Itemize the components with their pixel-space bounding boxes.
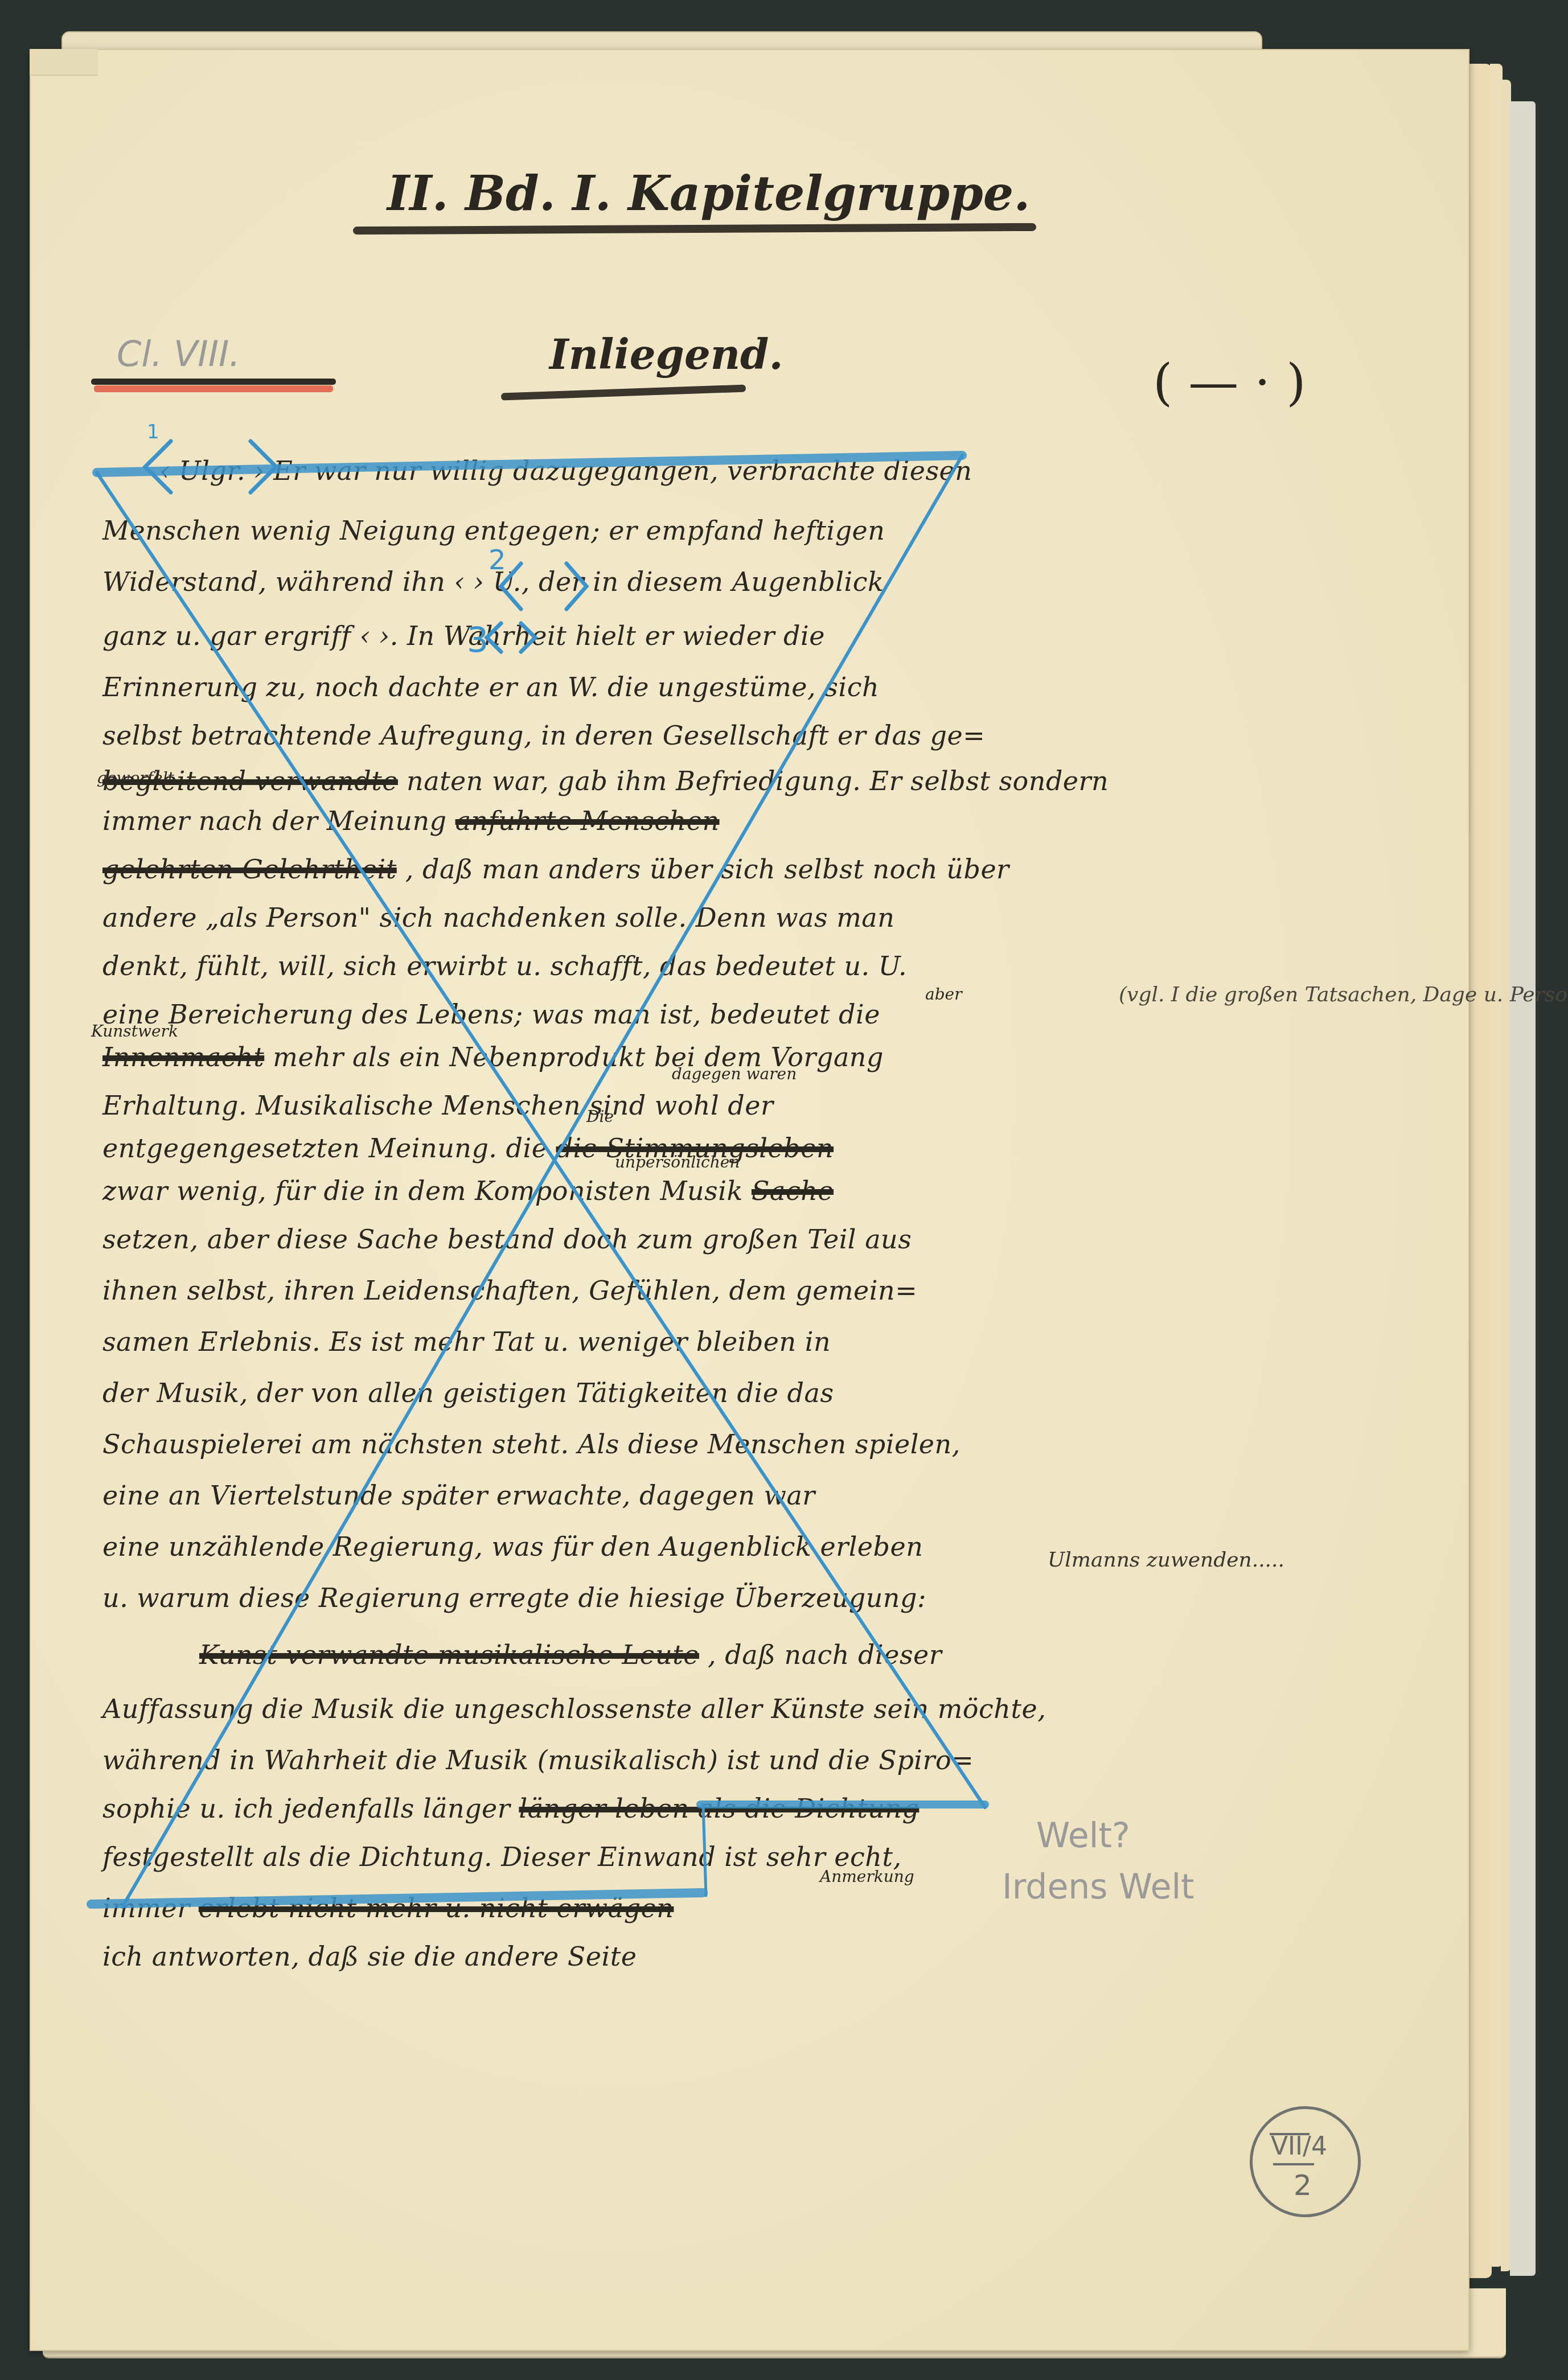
line-text: immer nach der Meinung (102, 805, 447, 836)
chapter-underline-red (94, 385, 333, 392)
struck-text: gelehrten Gelehrtheit (102, 854, 397, 885)
interlinear-insertion: geworfelt (97, 768, 174, 787)
manuscript-line: immer nach der Meinung anfuhrte Menschen (102, 805, 720, 836)
manuscript-line: u. warum diese Regierung erregte die hie… (102, 1582, 926, 1613)
manuscript-line: selbst betrachtende Aufregung, in deren … (102, 720, 985, 751)
interlinear-insertion: Anmerkung (820, 1867, 914, 1886)
page-heading: II. Bd. I. Kapitelgruppe. (387, 165, 1031, 221)
manuscript-line: andere „als Person" sich nachdenken soll… (102, 902, 894, 933)
manuscript-line: samen Erlebnis. Es ist mehr Tat u. wenig… (102, 1326, 831, 1357)
struck-text: Kunst verwandte musikalische Leute (199, 1639, 699, 1670)
bracket-mark: ( — · ) (1153, 353, 1306, 412)
manuscript-line: eine Bereicherung des Lebens; was man is… (102, 999, 880, 1030)
stamp-underline (1273, 2163, 1314, 2165)
folio-signature: VII/4 (1271, 2132, 1327, 2161)
struck-text: länger leben als die Dichtung (519, 1793, 919, 1824)
line-text: immer (102, 1893, 190, 1923)
margin-note: Ulmanns zuwenden..... (1048, 1548, 1284, 1572)
manuscript-line: festgestellt als die Dichtung. Dieser Ei… (102, 1841, 902, 1872)
manuscript-line: während in Wahrheit die Musik (musikalis… (102, 1745, 974, 1775)
interlinear-insertion: unpersönlichen (615, 1153, 740, 1171)
chapter-underline (91, 379, 336, 385)
manuscript-line: begleitend verwandte naten war, gab ihm … (102, 766, 1109, 796)
chapter-label: Cl. VIII. (117, 333, 240, 375)
interlinear-insertion: Kunstwerk (91, 1022, 178, 1041)
manuscript-line: eine unzählende Regierung, was für den A… (102, 1531, 923, 1562)
line-text: sophie u. ich jedenfalls länger (102, 1793, 510, 1824)
manuscript-line: Widerstand, während ihn ‹ › U., der in d… (102, 566, 884, 597)
line-text: , daß nach dieser (708, 1639, 942, 1670)
line-text: entgegengesetzten Meinung. die (102, 1133, 547, 1164)
struck-text: Innenmacht (102, 1042, 264, 1072)
manuscript-line: zwar wenig, für die in dem Komponisten M… (102, 1175, 834, 1206)
pencil-line: Irdens Welt (1002, 1861, 1195, 1913)
manuscript-line: sophie u. ich jedenfalls länger länger l… (102, 1793, 919, 1824)
interlinear-insertion: dagegen waren (672, 1064, 797, 1083)
archive-folio-stamp: VII/4 2 (1250, 2106, 1361, 2217)
interlinear-insertion: aber (925, 985, 962, 1004)
section-subtitle: Inliegend. (549, 330, 783, 379)
manuscript-line: ihnen selbst, ihren Leidenschaften, Gefü… (102, 1275, 917, 1306)
folio-number: 2 (1294, 2169, 1312, 2202)
struck-text: anfuhrte Menschen (455, 805, 720, 836)
struck-text: erlebt nicht mehr u. nicht erwägen (199, 1893, 674, 1923)
manuscript-line: Erinnerung zu, noch dachte er an W. die … (102, 672, 879, 702)
margin-note: (vgl. I die großen Tatsachen, Dage u. Pe… (1119, 979, 1568, 1011)
manuscript-line: eine an Viertelstunde später erwachte, d… (102, 1480, 815, 1511)
page-corner-fold (30, 49, 98, 76)
manuscript-line: Auffassung die Musik die ungeschlossenst… (102, 1693, 1046, 1724)
manuscript-line: setzen, aber diese Sache bestand doch zu… (102, 1224, 912, 1255)
line-text: Erhaltung. Musikalische Menschen sind wo… (102, 1090, 773, 1121)
pencil-line: Welt? (1002, 1810, 1195, 1861)
manuscript-line: denkt, fühlt, will, sich erwirbt u. scha… (102, 951, 907, 981)
line-text: zwar wenig, für die in dem Komponisten M… (102, 1175, 743, 1206)
tissue-sheet-edge (1510, 101, 1536, 2276)
underlying-sheet-edge (1469, 64, 1492, 2278)
interlinear-insertion: Die (586, 1107, 614, 1126)
manuscript-line: Kunst verwandte musikalische Leute , daß… (199, 1639, 942, 1670)
manuscript-line: ich antworten, daß sie die andere Seite (102, 1941, 637, 1972)
line-text: , daß man anders über sich selbst noch ü… (405, 854, 1009, 885)
manuscript-line: Erhaltung. Musikalische Menschen sind wo… (102, 1090, 773, 1121)
manuscript-line: Menschen wenig Neigung entgegen; er empf… (102, 515, 885, 546)
manuscript-line: Schauspielerei am nächsten steht. Als di… (102, 1429, 960, 1460)
struck-text: Sache (752, 1175, 834, 1206)
manuscript-line: der Musik, der von allen geistigen Tätig… (102, 1378, 834, 1408)
manuscript-line: ‹ Ulgr. › Er war nur willig dazugegangen… (159, 455, 972, 486)
manuscript-line: ganz u. gar ergriff ‹ ›. In Wahrheit hie… (102, 620, 825, 651)
pencil-annotation: Welt? Irdens Welt (1002, 1810, 1195, 1913)
line-text: naten war, gab ihm Befriedigung. Er selb… (407, 766, 1109, 796)
manuscript-line: immer erlebt nicht mehr u. nicht erwägen (102, 1893, 674, 1923)
manuscript-line: gelehrten Gelehrtheit , daß man anders ü… (102, 854, 1009, 885)
